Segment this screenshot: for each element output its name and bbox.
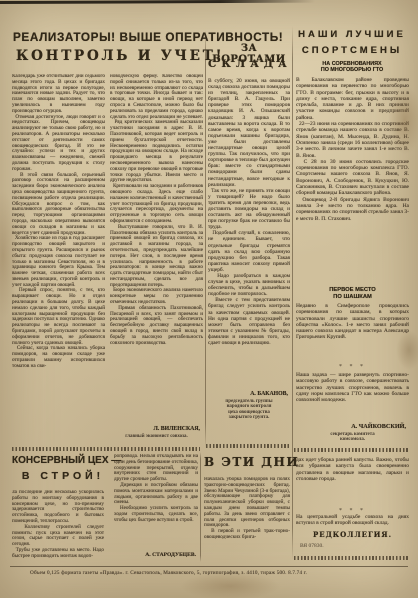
main-article-column-2: новодческую ферму. Качество овощей порой… <box>110 74 203 424</box>
konserv-signature-name: А. СТАРОДУБЦЕВ. <box>110 552 196 558</box>
sklad-article-body: В субботу, 20 июня, на овощной склад сов… <box>208 78 290 390</box>
sport-body-1: В Балаклавском районе проведены соревнов… <box>296 77 409 285</box>
column-divider-middle-right <box>292 26 293 560</box>
hatched-divider-right <box>294 448 408 452</box>
sport-headline-line2: СПОРТСМЕНЫ <box>296 45 408 56</box>
sklad-signature-title: председатель группы народного контроля ц… <box>208 399 290 421</box>
sport-subhead-gto: НА СОРЕВНОВАНИЯХ ПО МНОГОБОРЬЮ ГТО <box>296 61 408 74</box>
sport-subhead-checkers: ПЕРВОЕ МЕСТО ПО ШАШКАМ <box>296 287 409 301</box>
print-permit-code: ВЯ 07830. <box>300 543 370 549</box>
main-headline-line2: КОНТРОЛЬ И УЧЕТ! <box>16 48 211 64</box>
sport-closing: Наша задача — шире развернуть спортивно-… <box>296 372 409 422</box>
main-article-column-1: Календарь уже отсчитывает дни седьмого м… <box>12 74 105 448</box>
konserv-column-2: ропровода. Нельзя откладывать ни на один… <box>114 454 198 550</box>
sklad-headline-line2: СКЛАДА <box>208 58 290 70</box>
konserv-column-1: За последние дни несколько ускорились ра… <box>12 490 104 564</box>
dni-column-2b: На центральной усадьбе совхоза на днях в… <box>296 514 409 530</box>
dni-column-2: дах идет уборка ранней капусты. Важно, ч… <box>296 457 409 509</box>
footer-rule <box>10 566 408 567</box>
main-headline-line1: РЕАЛИЗАТОРЫ! ВЫШЕ ОПЕРАТИВНОСТЬ! <box>13 30 292 44</box>
main-article-signature-name: Л. ВИЛЕНСКАЯ, <box>110 426 200 432</box>
main-article-signature-title: главный экономист совхоза. <box>110 434 203 439</box>
konserv-headline-line2: В СТРОЙ! <box>12 470 114 482</box>
konserv-headline-line1: КОНСЕРВНЫЙ ЦЕХ — <box>12 455 114 466</box>
editorial-board-line: РЕДКОЛЛЕГИЯ. <box>296 530 409 539</box>
newspaper-page: РЕАЛИЗАТОРЫ! ВЫШЕ ОПЕРАТИВНОСТЬ! КОНТРОЛ… <box>0 0 418 598</box>
dni-headline: В ЭТИ ДНИ <box>204 455 290 469</box>
scan-edge-artifact <box>0 0 315 3</box>
hatched-divider-left <box>12 447 200 451</box>
dni-column-1: Началась уборка помидоров на полях тракт… <box>204 477 290 563</box>
sport-section-separator: * * * <box>296 364 409 370</box>
sport-headline-line1: НАШИ ЛУЧШИЕ <box>296 29 408 40</box>
sport-body-2: Недавно в Симферополе проводились соревн… <box>296 303 409 365</box>
hatched-divider-bottom-right <box>294 556 408 560</box>
imprint-line: Объем 0,125 формата газеты «Правда». г. … <box>30 570 400 576</box>
column-divider-left-middle <box>205 30 206 448</box>
sklad-signature-name: А. БАКАНОВ, <box>208 391 288 397</box>
sport-signature-name: А. ЧАЙКОВСКИЙ, <box>296 423 406 430</box>
column-divider-bottom <box>200 452 201 562</box>
sport-signature-title: секретарь комитета комсомола. <box>296 432 409 443</box>
hatched-divider-middle <box>206 444 290 448</box>
